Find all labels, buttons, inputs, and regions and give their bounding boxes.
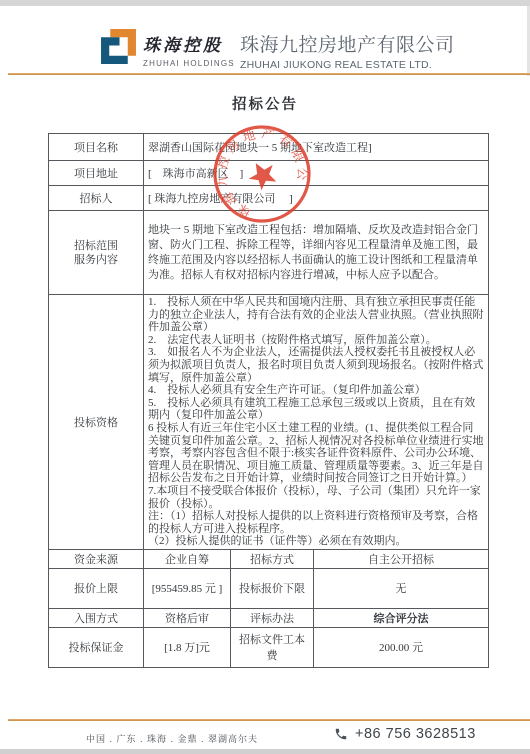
field-value: 资格后审 [144, 608, 231, 627]
qualification-content: 1. 投标人须在中华人民共和国境内注册、具有独立承担民事责任能力的独立企业法人，… [144, 295, 489, 550]
qualification-item: 3. 如报名人不为企业法人，还需提供法人授权委托书且被授权人必须为拟派项目负责人… [148, 346, 484, 384]
field-value: [ 珠海九控房地产有限公司 ] [144, 186, 489, 211]
field-label: 入围方式 [49, 608, 144, 627]
field-value: 自主公开招标 [314, 549, 489, 568]
table-row-qualification: 投标资格 1. 投标人须在中华人民共和国境内注册、具有独立承担民事责任能力的独立… [49, 295, 489, 550]
field-label: 资金来源 [49, 549, 144, 568]
table-row: 入围方式 资格后审 评标办法 综合评分法 [49, 608, 489, 627]
qualification-item: 2. 法定代表人证明书（按附件格式填写，原件加盖公章）。 [148, 334, 484, 347]
table-row: 项目地址 [ 珠海市高新区 ] [49, 161, 489, 186]
field-label: 招标方式 [231, 549, 314, 568]
field-label: 招标范围 服务内容 [49, 211, 144, 295]
field-label: 投标报价下限 [231, 568, 314, 608]
zhuhai-holdings-logo-icon [100, 28, 137, 65]
footer-address: 中国 . 广东 . 珠海 . 金鼎 . 翠湖高尔夫 [86, 732, 258, 745]
table-row: 招标人 [ 珠海九控房地产有限公司 ] [49, 186, 489, 211]
brand-text: 珠海控股 ZHUHAI HOLDINGS [143, 31, 238, 68]
qualification-item: 1. 投标人须在中华人民共和国境内注册、具有独立承担民事责任能力的独立企业法人，… [148, 296, 484, 334]
scan-artifact-top [0, 0, 530, 6]
qualification-item: 6 投标人有近三年住宅小区土建工程的业绩。(1、提供类似工程合同关键页复印件加盖… [148, 422, 484, 485]
company-name-en: ZHUHAI JIUKONG REAL ESTATE LTD. [240, 59, 455, 71]
field-label: 投标资格 [49, 295, 144, 550]
table-row: 投标保证金 [1.8 万]元 招标文件工本费 200.00 元 [49, 627, 489, 667]
field-label: 评标办法 [231, 608, 314, 627]
qualification-item: （2）投标人提供的证书（证件等）必须在有效期内。 [148, 535, 484, 548]
footer-phone-number: +86 756 3628513 [355, 726, 476, 742]
field-label: 项目名称 [49, 134, 144, 161]
field-value: 综合评分法 [314, 608, 489, 627]
document-page: 珠海控股 ZHUHAI HOLDINGS 珠海九控房地产有限公司 ZHUHAI … [0, 0, 530, 754]
field-label: 项目地址 [49, 161, 144, 186]
company-name-cn: 珠海九控房地产有限公司 [240, 30, 455, 57]
field-value: 无 [314, 568, 489, 608]
table-row: 资金来源 企业自筹 招标方式 自主公开招标 [49, 549, 489, 568]
company-name-block: 珠海九控房地产有限公司 ZHUHAI JIUKONG REAL ESTATE L… [240, 30, 455, 71]
field-label: 招标人 [49, 186, 144, 211]
qualification-item: 注：（1）招标人对投标人提供的以上资料进行资格预审及考察，合格的投标人方可进入投… [148, 510, 484, 535]
brand-name-cn: 珠海控股 [143, 31, 238, 56]
scope-label-line2: 服务内容 [53, 253, 139, 267]
footer-phone-block: +86 756 3628513 [334, 726, 476, 742]
field-value: 200.00 元 [314, 627, 489, 667]
qualification-item: 7.本项目不接受联合体报价（投标），母、子公司（集团）只允许一家报价（投标）。 [148, 485, 484, 510]
qualification-item: 4. 投标人必须具有安全生产许可证。（复印件加盖公章） [148, 384, 484, 397]
brand-name-en: ZHUHAI HOLDINGS [143, 59, 238, 68]
scan-artifact-bottom [0, 749, 530, 754]
scope-label-line1: 招标范围 [53, 239, 139, 253]
field-value: [ 珠海市高新区 ] [144, 161, 489, 186]
footer-divider [8, 719, 530, 721]
qualification-item: 5. 投标人必须具有建筑工程施工总承包三级或以上资质，且在有效期内（复印件加盖公… [148, 397, 484, 422]
phone-icon [334, 727, 348, 741]
field-label: 招标文件工本费 [231, 627, 314, 667]
table-row: 项目名称 翠湖香山国际花园地块一 5 期地下室改造工程] [49, 134, 489, 161]
header-divider [8, 73, 530, 75]
field-value: 企业自筹 [144, 549, 231, 568]
field-value: 地块一 5 期地下室改造工程包括：增加隔墙、反坎及改造封铝合金门窗、防火门工程、… [144, 211, 489, 295]
field-value: 翠湖香山国际花园地块一 5 期地下室改造工程] [144, 134, 489, 161]
bid-notice-table: 项目名称 翠湖香山国际花园地块一 5 期地下室改造工程] 项目地址 [ 珠海市高… [48, 133, 489, 668]
table-row-scope: 招标范围 服务内容 地块一 5 期地下室改造工程包括：增加隔墙、反坎及改造封铝合… [49, 211, 489, 295]
field-value: [955459.85 元 ] [144, 568, 231, 608]
field-label: 投标保证金 [49, 627, 144, 667]
field-value: [1.8 万]元 [144, 627, 231, 667]
table-row: 报价上限 [955459.85 元 ] 投标报价下限 无 [49, 568, 489, 608]
page-title: 招标公告 [0, 93, 530, 114]
field-label: 报价上限 [49, 568, 144, 608]
